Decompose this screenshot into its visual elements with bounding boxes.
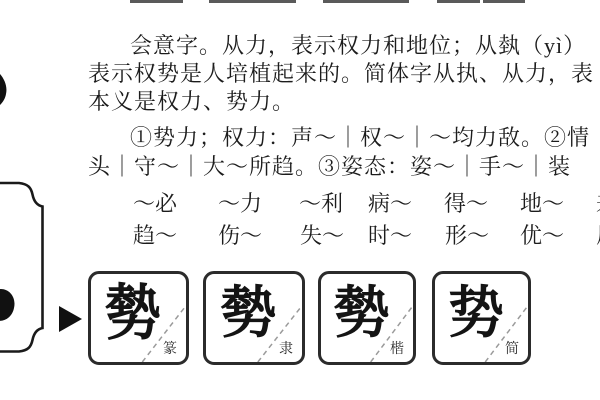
vocab-item: ～力 [218, 192, 262, 216]
script-style-label: 篆 [163, 343, 177, 357]
right-arrow-icon [59, 306, 82, 332]
vocab-item: 得～ [444, 192, 488, 216]
script-box-simplified: 势 简 [432, 271, 531, 365]
vocab-item: 时～ [368, 224, 412, 248]
top-partial-box-edge [323, 0, 409, 3]
vocab-item: 病～ [368, 192, 412, 216]
script-box-seal: 勢 篆 [88, 271, 189, 365]
script-style-label: 楷 [390, 343, 404, 357]
script-box-clerical: 勢 隶 [203, 271, 305, 365]
top-partial-box-edge [437, 0, 480, 3]
top-partial-box-edge [130, 0, 183, 3]
ancient-forms-card-outline [0, 178, 50, 360]
ancient-glyph-fragment [0, 289, 15, 321]
vocab-item-clipped: 局 [596, 224, 600, 248]
definition-line-2: 表示权势是人培植起来的。简体字从执、从力，表 [88, 62, 594, 86]
script-style-label: 隶 [279, 343, 293, 357]
definition-line-1: 会意字。从力，表示权力和地位；从埶（yì） [130, 34, 586, 58]
top-partial-box-edge [483, 0, 525, 3]
vocab-item: ～利 [299, 192, 343, 216]
vocab-item: ～必 [133, 192, 177, 216]
script-box-regular: 勢 楷 [318, 271, 416, 365]
top-partial-box-edge [209, 0, 296, 3]
definition-line-3: 本义是权力、势力。 [88, 90, 295, 114]
vocab-item: 失～ [300, 224, 344, 248]
definition-line-4: ①势力；权力：声～｜权～｜～均力敌。②情 [130, 126, 590, 150]
dictionary-page: 会意字。从力，表示权力和地位；从埶（yì） 表示权势是人培植起来的。简体字从执、… [0, 0, 600, 400]
cropped-character-fragment [0, 71, 12, 111]
vocab-item: 趋～ [133, 224, 177, 248]
vocab-item: 地～ [520, 192, 564, 216]
vocab-item: 伤～ [218, 224, 262, 248]
definition-line-5: 头｜守～｜大～所趋。③姿态：姿～｜手～｜装 [88, 155, 571, 179]
vocab-item: 形～ [445, 224, 489, 248]
vocab-item-clipped: 来 [596, 192, 600, 216]
script-style-label: 简 [505, 343, 519, 357]
vocab-item: 优～ [520, 224, 564, 248]
